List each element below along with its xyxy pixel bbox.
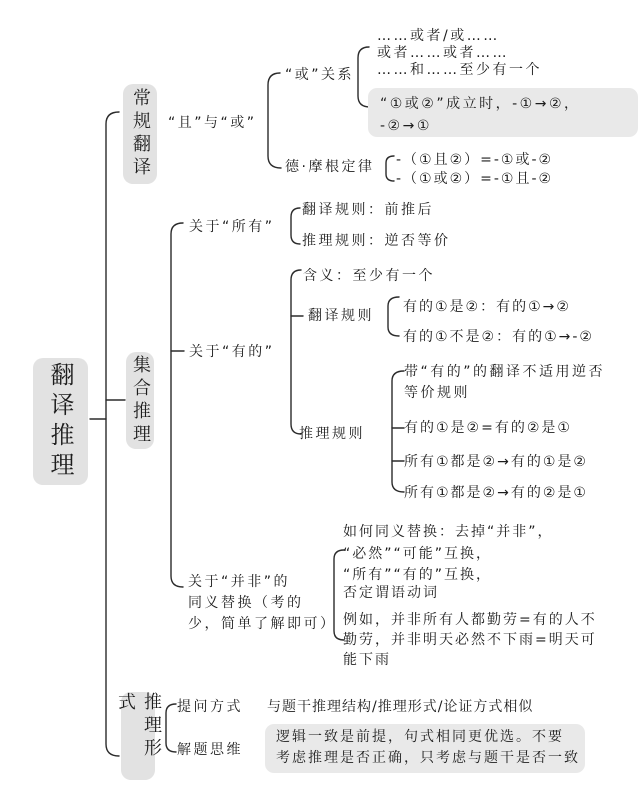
some-infer-note-2[interactable]: 等价规则 [404,384,470,402]
question-style-desc[interactable]: 与题干推理结构/推理形式/论证方式相似 [267,698,533,716]
demorgan-item-2[interactable]: -（①或②）=-①且-② [396,170,553,188]
some-infer-note-1[interactable]: 带“有的”的翻译不适用逆否 [404,363,605,381]
node-some-infer[interactable]: 推理规则 [299,425,365,443]
brace-translate-children [388,297,399,336]
node-some-translate[interactable]: 翻译规则 [308,307,374,325]
branch-form-node[interactable]: 推理形式 [121,692,155,780]
branch-set-node[interactable]: 集合推理 [126,352,154,449]
node-negation-line-1[interactable]: 关于“并非”的 [188,573,290,591]
brace-set-children [171,223,183,587]
negation-how-line-4[interactable]: 否定谓语动词 [343,584,439,602]
brace-qie-children [268,73,281,168]
brace-all-children [291,208,300,244]
some-meaning[interactable]: 含义：至少有一个 [303,267,435,285]
negation-example-line-1[interactable]: 例如，并非所有人都勤劳=有的人不 [343,611,597,629]
demorgan-item-1[interactable]: -（①且②）=-①或-② [396,151,553,169]
mindmap-canvas: 翻译推理 常规翻译 集合推理 推理形式 “且”与“或” “或”关系 ……或者/或… [0,0,642,804]
node-negation-line-3[interactable]: 少，简单了解即可） [188,615,337,633]
huo-rule-line-2[interactable]: -②→① [380,117,432,135]
negation-how-line-3[interactable]: “所有”“有的”互换， [343,566,492,584]
huo-rule-line-1[interactable]: “①或②”成立时，-①→②， [380,95,581,113]
node-about-some[interactable]: 关于“有的” [189,343,275,361]
huo-item-3[interactable]: ……和……至少有一个 [377,61,542,79]
brace-some-children [291,270,301,434]
negation-example-line-3[interactable]: 能下雨 [343,651,391,669]
all-item-2[interactable]: 推理规则：逆否等价 [302,232,451,250]
thinking-rule-line-2[interactable]: 考虑推理是否正确，只考虑与题干是否一致 [276,749,580,767]
negation-how-line-1[interactable]: 如何同义替换：去掉“并非”， [343,523,554,541]
some-infer-item-3[interactable]: 所有①都是②→有的②是① [404,484,588,502]
thinking-rule-line-1[interactable]: 逻辑一致是前提，句式相同更优选。不要 [276,728,564,746]
node-negation-line-2[interactable]: 同义替换（考的 [188,594,304,612]
node-huo-relation[interactable]: “或”关系 [285,66,354,84]
some-infer-item-2[interactable]: 所有①都是②→有的①是② [404,453,588,471]
huo-item-2[interactable]: 或者……或者…… [377,44,509,62]
node-solving-thinking[interactable]: 解题思维 [177,741,243,759]
node-question-style[interactable]: 提问方式 [177,698,243,716]
huo-item-1[interactable]: ……或者/或…… [377,27,500,45]
some-infer-item-1[interactable]: 有的①是②=有的②是① [404,419,572,437]
brace-infer-children [392,371,404,492]
brace-root-children [106,112,119,756]
root-node[interactable]: 翻译推理 [33,358,88,485]
some-translate-item-1[interactable]: 有的①是②：有的①→② [403,298,571,316]
node-demorgan[interactable]: 德·摩根定律 [285,158,374,176]
brace-demorgan-children [386,156,394,181]
node-qie-yu-huo[interactable]: “且”与“或” [168,114,257,132]
brace-form-children [166,704,176,752]
all-item-1[interactable]: 翻译规则：前推后 [302,201,434,219]
branch-regular-node[interactable]: 常规翻译 [123,84,157,184]
some-translate-item-2[interactable]: 有的①不是②：有的①→-② [403,328,594,346]
negation-example-line-2[interactable]: 勤劳，并非明天必然不下雨=明天可 [343,631,597,649]
node-about-all[interactable]: 关于“所有” [189,218,275,236]
negation-how-line-2[interactable]: “必然”“可能”互换， [343,545,492,563]
